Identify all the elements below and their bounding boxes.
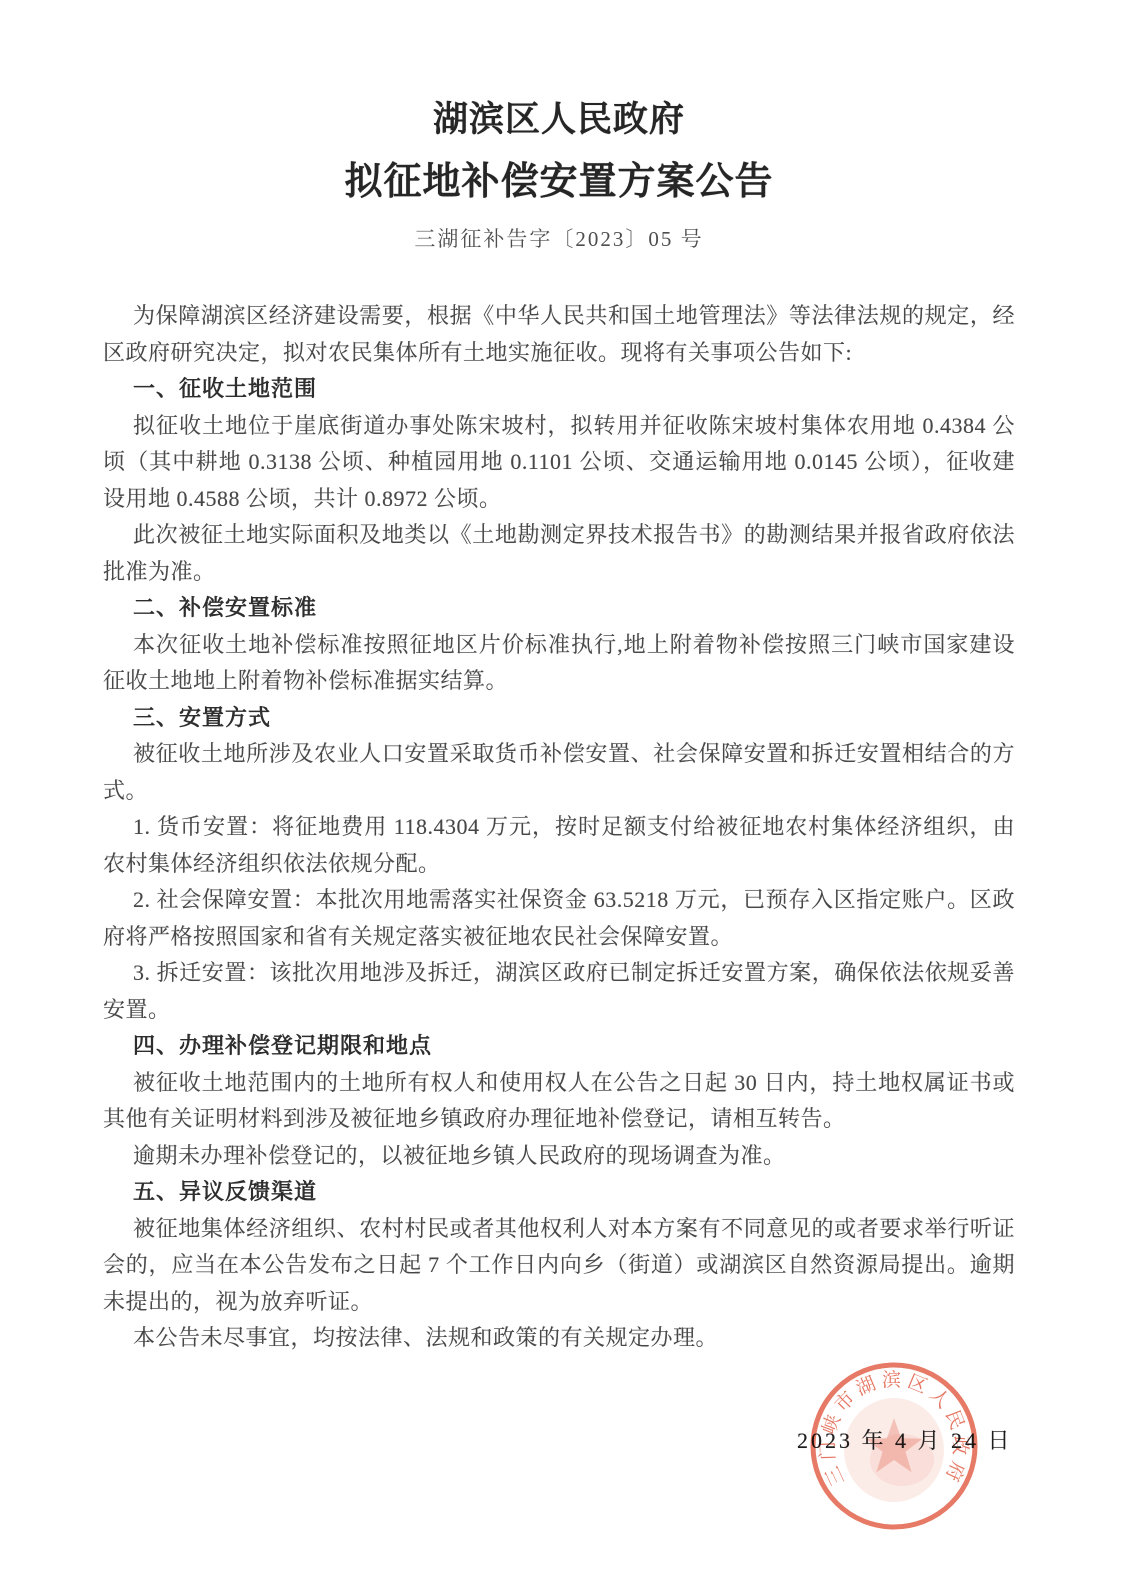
paragraph-compensation-std: 本次征收土地补偿标准按照征地区片价标准执行,地上附着物补偿按照三门峡市国家建设征…	[103, 627, 1015, 700]
document-number: 三湖征补告字〔2023〕05 号	[103, 226, 1015, 252]
document-body: 为保障湖滨区经济建设需要，根据《中华人民共和国土地管理法》等法律法规的规定，经区…	[103, 298, 1015, 1357]
section-heading-4: 四、办理补偿登记期限和地点	[103, 1028, 1015, 1065]
official-seal-icon: 三门峡市湖滨区人民政府	[784, 1336, 1004, 1556]
section-heading-2: 二、补偿安置标准	[103, 590, 1015, 627]
document-page: 湖滨区人民政府 拟征地补偿安置方案公告 三湖征补告字〔2023〕05 号 为保障…	[0, 0, 1121, 1587]
announcement-document: 湖滨区人民政府 拟征地补偿安置方案公告 三湖征补告字〔2023〕05 号 为保障…	[103, 96, 1015, 1357]
paragraph-resettle-intro: 被征收土地所涉及农业人口安置采取货币补偿安置、社会保障安置和拆迁安置相结合的方式…	[103, 736, 1015, 809]
paragraph-land-scope: 拟征收土地位于崖底街道办事处陈宋坡村，拟转用并征收陈宋坡村集体农用地 0.438…	[103, 408, 1015, 518]
paragraph-monetary: 1. 货币安置：将征地费用 118.4304 万元，按时足额支付给被征地农村集体…	[103, 809, 1015, 882]
paragraph-intro: 为保障湖滨区经济建设需要，根据《中华人民共和国土地管理法》等法律法规的规定，经区…	[103, 298, 1015, 371]
paragraph-relocation: 3. 拆迁安置：该批次用地涉及拆迁，湖滨区政府已制定拆迁安置方案，确保依法依规妥…	[103, 955, 1015, 1028]
issuer-title: 湖滨区人民政府	[103, 96, 1015, 144]
paragraph-registration: 被征收土地范围内的土地所有权人和使用权人在公告之日起 30 日内，持土地权属证书…	[103, 1065, 1015, 1138]
paragraph-survey-basis: 此次被征土地实际面积及地类以《土地勘测定界技术报告书》的勘测结果并报省政府依法批…	[103, 517, 1015, 590]
paragraph-objection: 被征地集体经济组织、农村村民或者其他权利人对本方案有不同意见的或者要求举行听证会…	[103, 1211, 1015, 1321]
paragraph-overdue: 逾期未办理补偿登记的，以被征地乡镇人民政府的现场调查为准。	[103, 1138, 1015, 1175]
section-heading-5: 五、异议反馈渠道	[103, 1174, 1015, 1211]
section-heading-3: 三、安置方式	[103, 700, 1015, 737]
announcement-title: 拟征地补偿安置方案公告	[103, 158, 1015, 206]
section-heading-1: 一、征收土地范围	[103, 371, 1015, 408]
paragraph-social-security: 2. 社会保障安置：本批次用地需落实社保资金 63.5218 万元，已预存入区指…	[103, 882, 1015, 955]
